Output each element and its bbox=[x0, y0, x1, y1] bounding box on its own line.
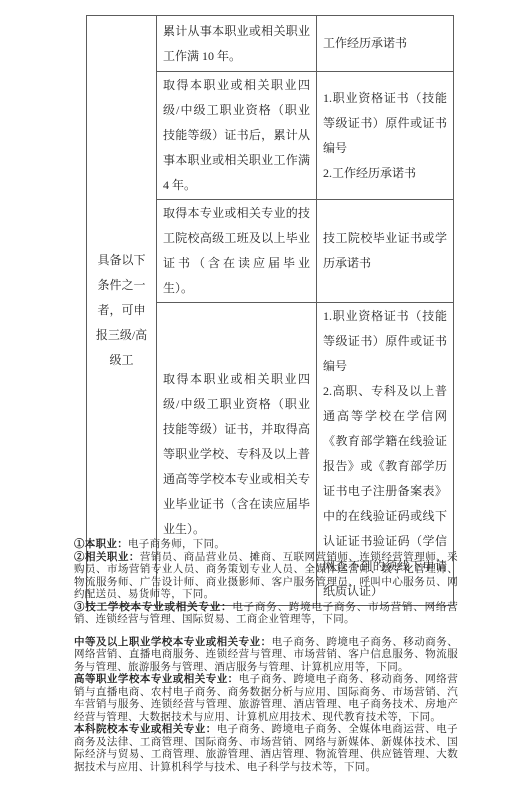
footnote-label: ①本职业： bbox=[74, 539, 128, 550]
footnote-secondary-vocational-majors: 中等及以上职业学校本专业或相关专业：电子商务、跨境电子商务、移动商务、网络营销、… bbox=[74, 637, 458, 675]
footnote-label: ②相关职业： bbox=[74, 552, 140, 563]
footnote-label: ③技工学校本专业或相关专业： bbox=[74, 602, 232, 613]
table-row: 具备以下条件之一者，可申报三级/高级工 累计从事本职业或相关职业工作满 10 年… bbox=[87, 16, 454, 72]
footnote-label: 高等职业学校本专业或相关专业： bbox=[74, 674, 239, 685]
table-cell-stub: 具备以下条件之一者，可申报三级/高级工 bbox=[87, 16, 157, 606]
footnote-label: 中等及以上职业学校本专业或相关专业： bbox=[74, 637, 272, 648]
footnote-this-occupation: ①本职业：电子商务师，下同。 bbox=[74, 539, 458, 552]
table-cell-condition: 取得本职业或相关职业四级/中级工职业资格（职业技能等级）证书后，累计从事本职业或… bbox=[157, 72, 317, 200]
table-cell-materials: 工作经历承诺书 bbox=[317, 16, 454, 72]
footnotes-block: ①本职业：电子商务师，下同。 ②相关职业：营销员、商品营业员、摊商、互联网营销师… bbox=[74, 539, 458, 774]
table-cell-materials: 1.职业资格证书（技能等级证书）原件或证书编号 2.工作经历承诺书 bbox=[317, 72, 454, 200]
document-page: 具备以下条件之一者，可申报三级/高级工 累计从事本职业或相关职业工作满 10 年… bbox=[0, 0, 526, 800]
footnote-text: 电子商务师，下同。 bbox=[128, 539, 225, 550]
table-cell-condition: 累计从事本职业或相关职业工作满 10 年。 bbox=[157, 16, 317, 72]
footnote-related-occupations: ②相关职业：营销员、商品营业员、摊商、互联网营销师、连锁经营管理师、采购员、市场… bbox=[74, 552, 458, 602]
footnote-technical-school-majors: ③技工学校本专业或相关专业：电子商务、跨境电子商务、市场营销、网络营销、连锁经营… bbox=[74, 602, 458, 627]
footnote-higher-vocational-majors: 高等职业学校本专业或相关专业：电子商务、跨境电子商务、移动商务、网络营销与直播电… bbox=[74, 674, 458, 724]
qualification-criteria-table: 具备以下条件之一者，可申报三级/高级工 累计从事本职业或相关职业工作满 10 年… bbox=[86, 15, 454, 606]
table-cell-condition: 取得本专业或相关专业的技工院校高级工班及以上毕业证书（含在读应届毕业生）。 bbox=[157, 200, 317, 303]
footnote-label: 本科院校本专业或相关专业： bbox=[74, 724, 217, 735]
footnote-undergraduate-majors: 本科院校本专业或相关专业：电子商务、跨境电子商务、全媒体电商运营、电子商务及法律… bbox=[74, 724, 458, 774]
table-cell-materials: 技工院校毕业证书或学历承诺书 bbox=[317, 200, 454, 303]
